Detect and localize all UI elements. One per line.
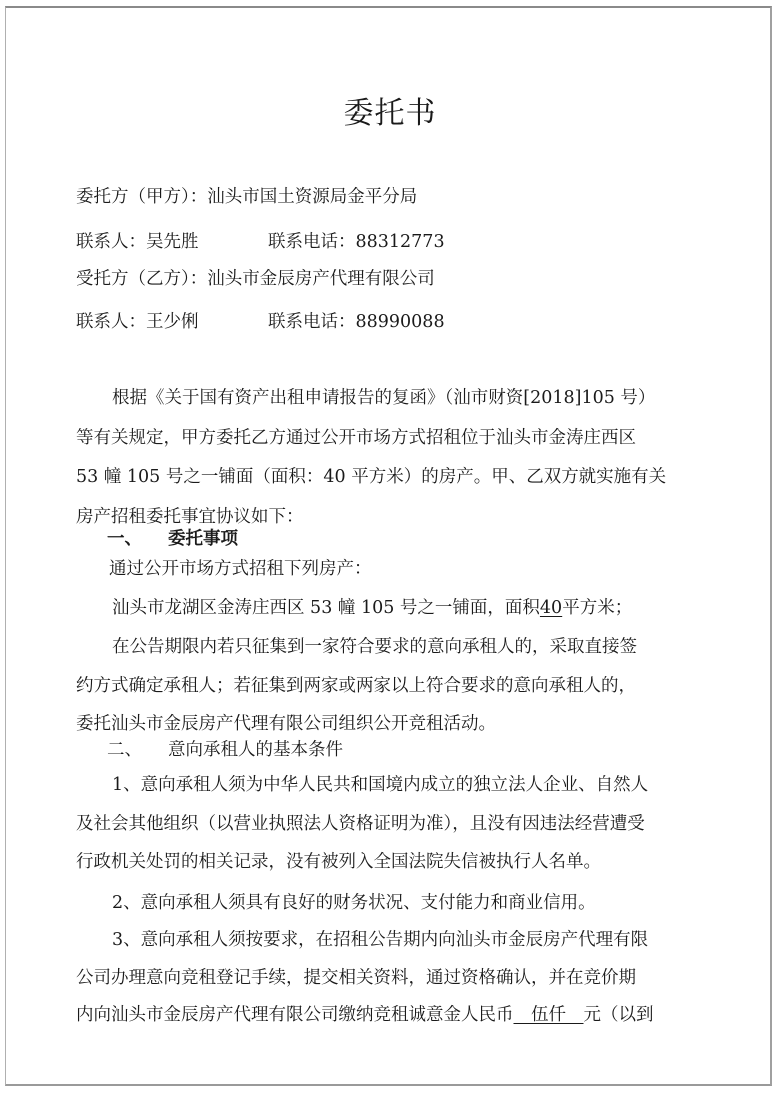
section1-line1: 通过公开市场方式招租下列房产： [109,557,372,581]
agent-phone-line: 联系电话：88990088 [268,310,445,334]
document-title: 委托书 [0,88,780,132]
condition3-line-2: 公司办理意向竞租登记手续，提交相关资料，通过资格确认，并在竞价期 [76,966,636,990]
principal-label: 委托方（甲方）： [76,187,207,207]
agent-label: 受托方（乙方）： [76,269,207,289]
agent-line: 受托方（乙方）：汕头市金辰房产代理有限公司 [76,267,435,291]
section1-heading: 一、委托事项 [107,527,238,551]
agent-name: 汕头市金辰房产代理有限公司 [207,269,435,289]
property-line: 汕头市龙湖区金涛庄西区 53 幢 105 号之一铺面，面积40平方米； [112,596,632,620]
agent-contact-label: 联系人： [76,312,146,332]
principal-name: 汕头市国土资源局金平分局 [207,187,417,207]
deposit-amount: 伍仟 [514,1005,584,1025]
condition3-line-1: 3、意向承租人须按要求，在招租公告期内向汕头市金辰房产代理有限 [112,928,648,952]
agent-contact-line: 联系人：王少俐 [76,310,199,334]
agent-phone-label: 联系电话： [268,312,356,332]
section2-title: 意向承租人的基本条件 [168,740,343,760]
condition3-line-3: 内向汕头市金辰房产代理有限公司缴纳竞租诚意金人民币 伍仟 元（以到 [76,1003,654,1027]
intro-line-2: 等有关规定，甲方委托乙方通过公开市场方式招租位于汕头市金涛庄西区 [76,426,636,450]
intro-line-1: 根据《关于国有资产出租申请报告的复函》（汕市财资[2018]105 号） [112,386,655,410]
principal-contact-label: 联系人： [76,232,146,252]
section1-para-3: 委托汕头市金辰房产代理有限公司组织公开竞租活动。 [76,712,496,736]
principal-contact-line: 联系人：吴先胜 [76,230,199,254]
section1-para-2: 约方式确定承租人；若征集到两家或两家以上符合要求的意向承租人的， [76,674,636,698]
agent-phone: 88990088 [356,312,445,332]
section2-number: 二、 [107,740,142,760]
principal-contact-name: 吴先胜 [146,232,199,252]
deposit-prefix: 内向汕头市金辰房产代理有限公司缴纳竞租诚意金人民币 [76,1005,514,1025]
principal-phone-line: 联系电话：88312773 [268,230,445,254]
principal-phone: 88312773 [356,232,445,252]
intro-line-3: 53 幢 105 号之一铺面（面积：40 平方米）的房产。甲、乙双方就实施有关 [76,465,666,489]
section1-number: 一、 [107,529,142,549]
agent-contact-name: 王少俐 [146,312,199,332]
intro-line-4: 房产招租委托事宜协议如下： [76,505,304,529]
condition1-line-2: 及社会其他组织（以营业执照法人资格证明为准），且没有因违法经营遭受 [76,812,645,836]
property-area: 40 [540,598,562,618]
property-suffix: 平方米； [562,598,632,618]
property-prefix: 汕头市龙湖区金涛庄西区 53 幢 105 号之一铺面，面积 [112,598,540,618]
condition2-line: 2、意向承租人须具有良好的财务状况、支付能力和商业信用。 [112,891,596,915]
principal-phone-label: 联系电话： [268,232,356,252]
section2-heading: 二、意向承租人的基本条件 [107,738,343,762]
deposit-suffix: 元（以到 [584,1005,654,1025]
condition1-line-3: 行政机关处罚的相关记录，没有被列入全国法院失信被执行人名单。 [76,850,601,874]
principal-line: 委托方（甲方）：汕头市国土资源局金平分局 [76,185,417,209]
condition1-line-1: 1、意向承租人须为中华人民共和国境内成立的独立法人企业、自然人 [112,773,648,797]
section1-para-1: 在公告期限内若只征集到一家符合要求的意向承租人的，采取直接签 [112,635,637,659]
section1-title: 委托事项 [168,529,238,549]
